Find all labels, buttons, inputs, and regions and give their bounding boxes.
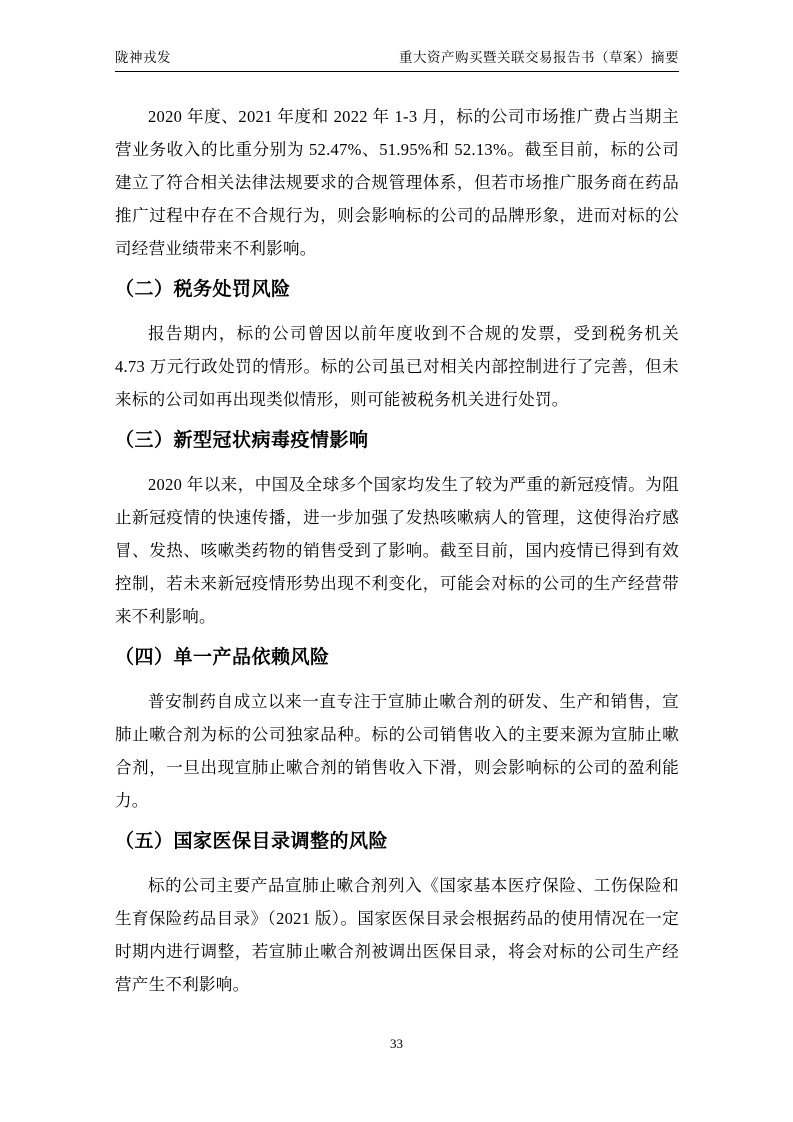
document-page: 陇神戎发 重大资产购买暨关联交易报告书（草案）摘要 2020 年度、2021 年… [0,0,793,1122]
page-footer: 33 [0,1036,793,1052]
section-paragraph: 普安制药自成立以来一直专注于宣肺止嗽合剂的研发、生产和销售，宣肺止嗽合剂为标的公… [115,685,679,817]
section-paragraph: 2020 年以来，中国及全球多个国家均发生了较为严重的新冠疫情。为阻止新冠疫情的… [115,468,679,633]
intro-paragraph: 2020 年度、2021 年度和 2022 年 1-3 月，标的公司市场推广费占… [115,100,679,265]
section-paragraph: 标的公司主要产品宣肺止嗽合剂列入《国家基本医疗保险、工伤保险和生育保险药品目录》… [115,869,679,1001]
page-header: 陇神戎发 重大资产购买暨关联交易报告书（草案）摘要 [115,46,679,72]
section-paragraph: 报告期内，标的公司曾因以前年度收到不合规的发票，受到税务机关 4.73 万元行政… [115,317,679,416]
header-report-title: 重大资产购买暨关联交易报告书（草案）摘要 [399,46,679,66]
section-heading-medical-insurance-catalog-risk: （五）国家医保目录调整的风险 [115,829,679,855]
section-heading-covid-impact: （三）新型冠状病毒疫情影响 [115,428,679,454]
document-body: 2020 年度、2021 年度和 2022 年 1-3 月，标的公司市场推广费占… [115,100,679,1001]
header-company-name: 陇神戎发 [115,46,171,66]
section-heading-tax-penalty-risk: （二）税务处罚风险 [115,277,679,303]
page-number: 33 [390,1036,403,1051]
section-heading-single-product-risk: （四）单一产品依赖风险 [115,645,679,671]
